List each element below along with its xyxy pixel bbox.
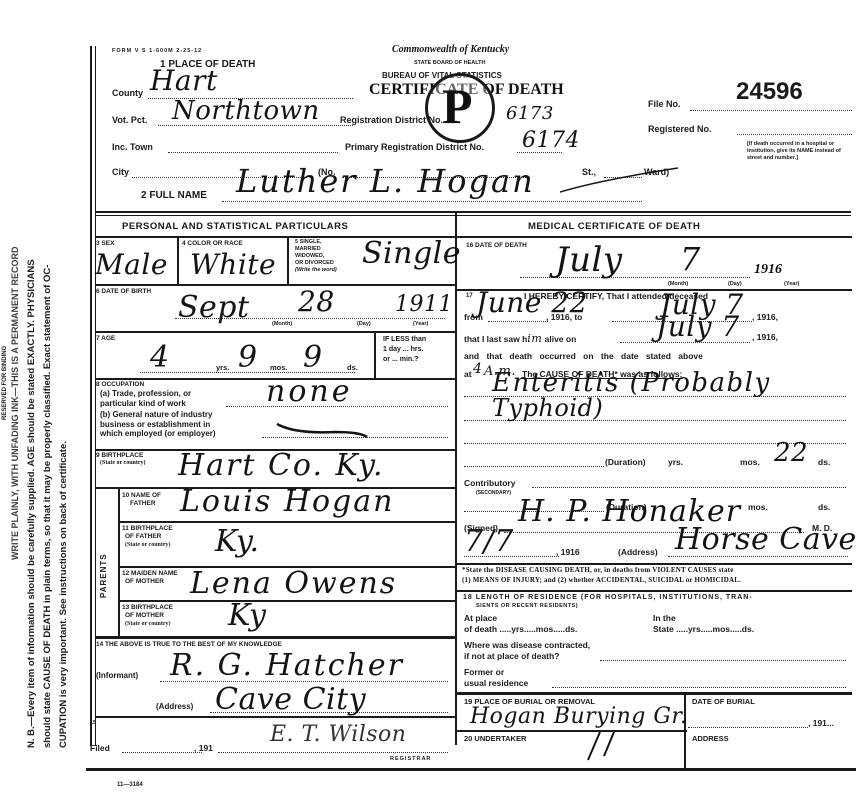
contracted-label-1: Where was disease contracted, [464, 640, 590, 650]
mother-name-value: Lena Owens [190, 566, 397, 601]
burial-date-divider [684, 693, 686, 768]
mother-label-line-1: 12 MAIDEN NAME [122, 570, 178, 578]
signed-year: , 1916 [556, 547, 580, 557]
time-value: 4 [473, 361, 482, 377]
attended-from-year: , 1916, to [546, 312, 582, 322]
mother-birthplace-value: Ky [228, 598, 266, 633]
burial-place-value: Hogan Burying Gr. [470, 704, 688, 729]
mother-bp-line-3: (State or country) [122, 620, 173, 628]
former-residence-label-2: usual residence [464, 678, 528, 688]
occupation-dash-mark [275, 420, 375, 440]
margin-line-2: should state CAUSE OF DEATH in plain ter… [42, 265, 53, 748]
father-name-value: Louis Hogan [180, 484, 394, 519]
race-label: 4 COLOR OR RACE [182, 240, 243, 247]
registration-stamp: P [425, 73, 495, 143]
age-years: 4 [150, 340, 170, 375]
county-label: County [112, 88, 143, 98]
last-saw-value: July 7 [656, 310, 740, 343]
burial-divider [457, 730, 687, 732]
marital-value: Single [362, 236, 461, 271]
alive-on-label: alive on [545, 334, 577, 344]
duration-label: (Duration) [605, 457, 646, 467]
marital-label-line-2: MARRIED [295, 246, 337, 253]
sex-label: 3 SEX [96, 240, 114, 247]
burial-date-label: DATE OF BURIAL [692, 697, 755, 706]
duration-line [464, 466, 604, 467]
time-at-label: at [464, 369, 472, 379]
former-residence-label-1: Former or [464, 667, 504, 677]
dod-year-caption: (Year) [784, 281, 799, 287]
file-no-line [690, 110, 852, 111]
dob-day: 28 [298, 285, 335, 318]
dod-day-caption: (Day) [728, 281, 742, 287]
primary-district-label: Primary Registration District No. [345, 142, 484, 152]
at-place-label-2: of death .....yrs.....mos.....ds. [464, 624, 577, 634]
occupation-label: 8 OCCUPATION [96, 381, 144, 388]
cause-of-death-2: Typhoid) [492, 394, 603, 422]
informant-label: (Informant) [96, 671, 138, 680]
year-caption: (Year) [413, 321, 428, 327]
registration-district-label: Registration District No. [340, 115, 443, 125]
margin-line-1: N. B.—Every item of information should b… [26, 259, 37, 748]
registrar-signature: E. T. Wilson [270, 722, 406, 747]
dod-label: 16 DATE OF DEATH [466, 242, 527, 249]
marital-label-line-3: WIDOWED, [295, 253, 337, 260]
birthplace-value: Hart Co. Ky. [178, 448, 385, 483]
father-birthplace-value: Ky. [215, 524, 260, 559]
inc-town-label: Inc. Town [112, 142, 153, 152]
medical-section-title: MEDICAL CERTIFICATE OF DEATH [528, 221, 700, 232]
mother-bp-line-2: OF MOTHER [122, 612, 173, 620]
at-place-label-1: At place [464, 613, 497, 623]
mos-caption: mos. [270, 363, 288, 372]
marital-label: 5 SINGLE, MARRIED WIDOWED, OR DIVORCED (… [295, 239, 337, 274]
form-number: FORM V S 1-600M 2-25-12 [112, 48, 202, 54]
occ-b-line-3: which employed (or employer) [100, 429, 216, 439]
in-state-label-2: State .....yrs.....mos.....ds. [653, 624, 754, 634]
death-occurred-text: and that death occurred on the date stat… [464, 351, 703, 361]
state-board-heading: STATE BOARD OF HEALTH [414, 60, 486, 66]
attended-from-line [488, 321, 548, 322]
last-saw-year: , 1916, [752, 332, 778, 342]
row-divider-9 [96, 636, 455, 639]
less-than-line-2: 1 day ... hrs. [383, 345, 426, 355]
row-divider-10 [96, 716, 455, 718]
flourish-mark [560, 140, 680, 200]
row-divider-8 [119, 600, 455, 602]
less-than-line-1: IF LESS than [383, 335, 426, 345]
father-bp-line-3: (State or country) [122, 541, 173, 549]
filed-year: , 191 [194, 743, 213, 753]
full-name-line [222, 201, 642, 202]
age-label: 7 AGE [96, 335, 115, 342]
certify-number: 17 [466, 293, 473, 299]
occ-a-line-2: particular kind of work [100, 399, 191, 409]
contracted-line [600, 660, 846, 661]
medical-divider-4 [457, 692, 852, 695]
registered-no-line [737, 134, 852, 135]
signed-date-value: 7/7 [464, 524, 514, 559]
margin-line-3: CUPATION is very important. See instruct… [58, 441, 69, 748]
residence-heading-1: 18 LENGTH OF RESIDENCE (FOR HOSPITALS, I… [463, 594, 753, 601]
dob-label: 6 DATE OF BIRTH [96, 288, 151, 295]
in-state-label-1: In the [653, 613, 676, 623]
duration-ds: ds. [818, 457, 830, 467]
header-divider-2 [96, 215, 851, 216]
residence-heading-2: SIENTS OR RECENT RESIDENTS) [476, 603, 578, 609]
registration-district-value: 6173 [506, 103, 554, 124]
filed-date-line [122, 752, 202, 753]
occ-a-line-1: (a) Trade, profession, or [100, 389, 191, 399]
birthplace-label: 9 BIRTHPLACE [96, 452, 143, 459]
occ-b-line-2: business or establishment in [100, 420, 216, 430]
informant-heading: 14 THE ABOVE IS TRUE TO THE BEST OF MY K… [96, 641, 282, 648]
medical-divider-2 [457, 563, 852, 565]
occ-b-line-1: (b) General nature of industry [100, 410, 216, 420]
inc-town-line [168, 152, 338, 153]
burial-year: , 191... [808, 718, 834, 728]
commonwealth-heading: Commonwealth of Kentucky [392, 44, 509, 55]
duration-yrs: yrs. [668, 457, 683, 467]
age-months: 9 [238, 340, 258, 375]
former-residence-line [552, 687, 846, 688]
form-code: 11—3184 [117, 782, 143, 788]
undertaker-strokes [580, 730, 630, 764]
vot-pct-label: Vot. Pct. [112, 115, 147, 125]
marital-label-line-5: (Write the word) [295, 267, 337, 274]
contributory-label: Contributory [464, 478, 515, 488]
secondary-label: (SECONDARY) [476, 490, 511, 496]
registrar-label: REGISTRAR [390, 756, 431, 762]
undertaker-address-label: ADDRESS [692, 734, 729, 743]
mother-label-line-2: OF MOTHER [122, 578, 178, 586]
age-less-divider [374, 331, 376, 379]
personal-section-title: PERSONAL AND STATISTICAL PARTICULARS [122, 221, 348, 232]
file-no-label: File No. [648, 99, 681, 109]
dob-year: 1911 [395, 292, 453, 317]
footnote-line-1: *State the DISEASE CAUSING DEATH, or, in… [462, 566, 734, 574]
mother-name-label: 12 MAIDEN NAME OF MOTHER [122, 570, 178, 586]
stamp-letter: P [442, 78, 473, 134]
dod-month-caption: (Month) [668, 281, 688, 287]
burial-date-line [688, 727, 808, 728]
attended-to-year: , 1916, [752, 312, 778, 322]
registered-no-label: Registered No. [648, 124, 712, 134]
filed-label: Filed [90, 743, 110, 753]
mother-bp-line-1: 13 BIRTHPLACE [122, 604, 173, 612]
county-value: Hart [150, 64, 218, 97]
father-bp-line-1: 11 BIRTHPLACE [122, 525, 173, 533]
father-bp-line-2: OF FATHER [122, 533, 173, 541]
dod-day: 7 [680, 240, 701, 278]
dod-year: 1916 [754, 262, 782, 278]
occupation-a-label: (a) Trade, profession, or particular kin… [100, 389, 191, 408]
physician-address-label: (Address) [618, 547, 658, 557]
full-name-value: Luther L. Hogan [236, 162, 535, 200]
father-birthplace-label: 11 BIRTHPLACE OF FATHER (State or countr… [122, 525, 173, 549]
last-saw-label: that I last saw him alive on [464, 332, 576, 345]
race-marital-divider [287, 237, 289, 285]
contracted-label-2: if not at place of death? [464, 651, 559, 661]
duration-mos: mos. [740, 457, 760, 467]
filed-number: 15 [90, 720, 96, 726]
hospital-note: [If death occurred in a hospital or inst… [747, 141, 855, 162]
father-label-line-1: 10 NAME OF [122, 492, 161, 500]
duration-days-value: 22 [774, 438, 808, 468]
file-no-value: 24596 [736, 78, 803, 106]
occupation-value: none [266, 374, 352, 409]
sex-value: Male [95, 248, 168, 281]
day-caption: (Day) [357, 321, 371, 327]
occupation-b-label: (b) General nature of industry business … [100, 410, 216, 439]
father-name-label: 10 NAME OF FATHER [122, 492, 161, 508]
marital-label-line-1: 5 SINGLE, [295, 239, 337, 246]
contributory-mos: mos. [748, 502, 768, 512]
parents-divider [118, 488, 120, 636]
city-label: City [112, 167, 129, 177]
last-saw-pronoun: im [527, 332, 542, 345]
undertaker-label: 20 UNDERTAKER [464, 734, 526, 743]
frame-left-border [90, 46, 92, 746]
margin-ink-note: WRITE PLAINLY, WITH UNFADING INK—THIS IS… [10, 246, 20, 560]
margin-binding: RESERVED FOR BINDING [2, 346, 8, 420]
informant-address-value: Cave City [215, 682, 366, 717]
mother-birthplace-label: 13 BIRTHPLACE OF MOTHER (State or countr… [122, 604, 173, 628]
marital-label-line-4: OR DIVORCED [295, 260, 337, 267]
father-label-line-2: FATHER [122, 500, 161, 508]
age-days: 9 [303, 340, 323, 375]
informant-value: R. G. Hatcher [170, 648, 404, 683]
footnote-line-2: (1) MEANS OF INJURY; and (2) whether ACC… [462, 576, 741, 584]
dob-month: Sept [178, 290, 250, 325]
last-saw-prefix: that I last saw h [464, 334, 527, 344]
race-value: White [190, 248, 276, 281]
sex-race-divider [177, 237, 179, 285]
parents-label: PARENTS [99, 553, 108, 598]
row-divider-1 [96, 284, 455, 286]
header-divider [96, 211, 851, 213]
informant-address-label: (Address) [156, 702, 193, 711]
full-name-label: 2 FULL NAME [141, 190, 207, 201]
dod-month: July [555, 240, 623, 280]
medical-title-divider [457, 236, 852, 238]
row-divider-6 [119, 521, 455, 523]
less-than-day-box: IF LESS than 1 day ... hrs. or ... min.? [383, 335, 426, 365]
birthplace-sub-label: (State or country) [100, 460, 146, 466]
ds-caption: ds. [347, 363, 358, 372]
yrs-caption: yrs. [216, 363, 229, 372]
row-divider-2 [96, 331, 455, 333]
medical-divider-3 [457, 590, 852, 592]
center-divider [455, 213, 457, 745]
vot-pct-value: Northtown [172, 96, 320, 126]
registrar-line [218, 752, 448, 753]
contributory-ds: ds. [818, 502, 830, 512]
month-caption: (Month) [272, 321, 292, 327]
bottom-border [86, 768, 856, 771]
physician-address-value: Horse Cave [675, 522, 857, 557]
less-than-line-3: or ... min.? [383, 355, 426, 365]
contributory-line [532, 487, 846, 488]
